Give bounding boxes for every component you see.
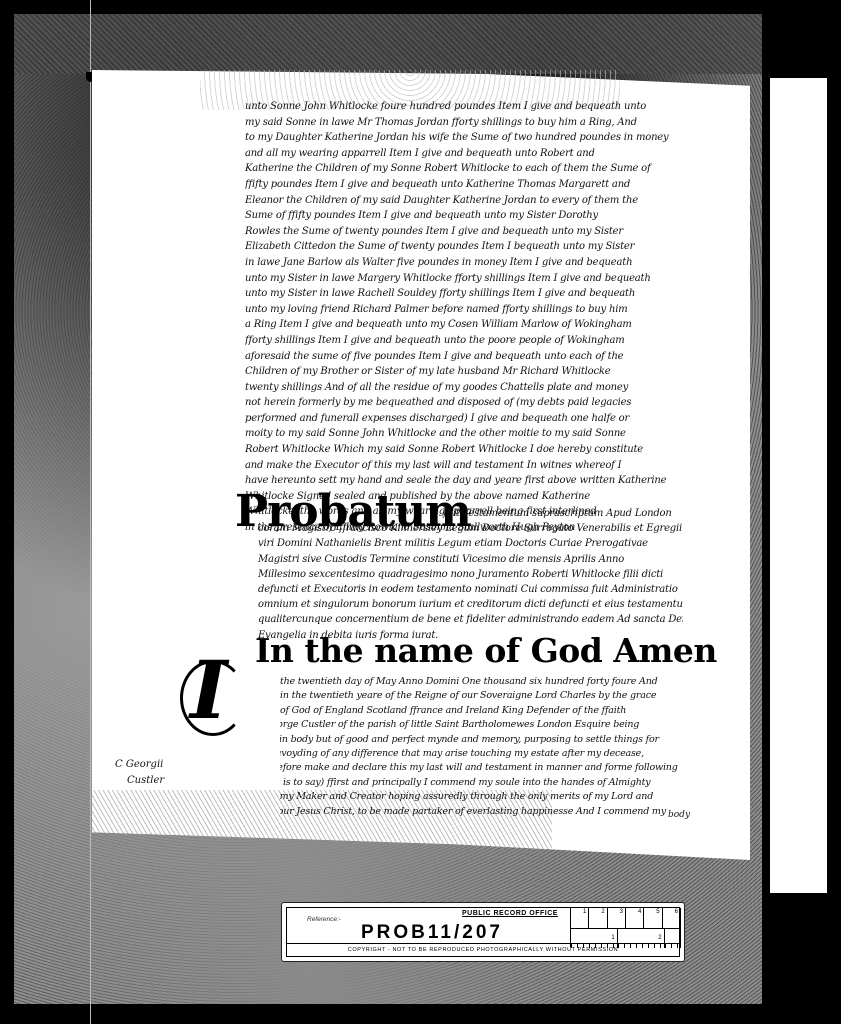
margin-note-line: Custler (115, 773, 164, 789)
reference-label-frame: PUBLIC RECORD OFFICE Reference:- PROB11/… (286, 907, 680, 957)
text-line: qualitercunque concernentium de bene et … (258, 612, 683, 627)
text-line: fuit Testamentum suprascriptum Apud Lond… (258, 506, 683, 521)
catchword: body (668, 810, 690, 820)
text-line: Rowles the Sume of twenty poundes Item I… (245, 224, 685, 240)
text-line: Eleanor the Children of my said Daughter… (245, 193, 685, 209)
reference-label: PUBLIC RECORD OFFICE Reference:- PROB11/… (281, 902, 685, 962)
probate-clause-text: fuit Testamentum suprascriptum Apud Lond… (258, 506, 683, 643)
text-line: to my Daughter Katherine Jordan his wife… (245, 130, 685, 146)
ruler-mark: 5 (644, 908, 662, 928)
text-line: moity to my said Sonne John Whitlocke an… (245, 426, 685, 442)
text-line: Saviour Jesus Christ, to be made partake… (280, 805, 680, 819)
scan-top-shadow (14, 14, 762, 74)
text-line: aforesaid the sume of five poundes Item … (245, 349, 685, 365)
text-line: and all my wearing apparrell Item I give… (245, 146, 685, 162)
margin-note-line: C Georgii (115, 757, 164, 773)
text-line: and make the Executor of this my last wi… (245, 458, 685, 474)
text-line: I George Custler of the parish of little… (280, 718, 680, 732)
film-guide-line (90, 0, 91, 1024)
text-line: the avoyding of any difference that may … (280, 747, 680, 761)
text-line: Magistri sive Custodis Termine constitut… (258, 552, 683, 567)
text-line: sick in body but of good and perfect myn… (280, 733, 680, 747)
reference-code: PROB11/207 (361, 922, 503, 944)
scale-ruler: 1 2 3 4 5 6 1 2 (570, 908, 681, 947)
ruler-mark: 1 (571, 908, 589, 928)
text-line: not herein formerly by me bequeathed and… (245, 395, 685, 411)
second-will-text: the twentieth day of May Anno Domini One… (280, 675, 680, 819)
text-line: a Ring Item I give and bequeath unto my … (245, 317, 685, 333)
text-line: defuncti et Executoris in eodem testamen… (258, 582, 683, 597)
text-line: Robert Whitlocke Which my said Sonne Rob… (245, 442, 685, 458)
text-line: omnium et singulorum bonorum iurium et c… (258, 597, 683, 612)
copyright-notice: COPYRIGHT - NOT TO BE REPRODUCED PHOTOGR… (287, 943, 679, 956)
will-invocation-heading: In the name of God Amen (255, 633, 717, 669)
text-line: coram Magistro ffrancisco Kinnersley Leg… (258, 521, 683, 536)
text-line: my said Sonne in lawe Mr Thomas Jordan f… (245, 115, 685, 131)
text-line: ffifty poundes Item I give and bequeath … (245, 177, 685, 193)
record-office-name: PUBLIC RECORD OFFICE (462, 910, 558, 917)
margin-note: C Georgii Custler (115, 757, 164, 789)
text-line: Sume of ffifty poundes Item I give and b… (245, 208, 685, 224)
will-body-text: unto Sonne John Whitlocke foure hundred … (245, 99, 685, 536)
text-line: viri Domini Nathanielis Brent militis Le… (258, 536, 683, 551)
text-line: unto Sonne John Whitlocke foure hundred … (245, 99, 685, 115)
adjacent-page-edge (770, 78, 827, 893)
reference-caption: Reference:- (307, 916, 341, 923)
text-line: Elizabeth Cittedon the Sume of twenty po… (245, 239, 685, 255)
text-line: of God of England Scotland ffrance and I… (280, 704, 680, 718)
ruler-cm-scale: 1 2 3 4 5 6 (571, 908, 681, 929)
text-line: in lawe Jane Barlow als Walter five poun… (245, 255, 685, 271)
text-line: performed and funerall expenses discharg… (245, 411, 685, 427)
ruler-mark: 4 (626, 908, 644, 928)
text-line: Children of my Brother or Sister of my l… (245, 364, 685, 380)
text-line: God my Maker and Creator hoping assuredl… (280, 790, 680, 804)
text-line: unto my loving friend Richard Palmer bef… (245, 302, 685, 318)
text-line: fforty shillings Item I give and bequeat… (245, 333, 685, 349)
text-line: unto my Sister in lawe Margery Whitlocke… (245, 271, 685, 287)
text-line: the twentieth day of May Anno Domini One… (280, 675, 680, 689)
text-line: (that is to say) ffirst and principally … (280, 776, 680, 790)
ruler-mark: 2 (589, 908, 607, 928)
text-line: Katherine the Children of my Sonne Rober… (245, 161, 685, 177)
ruler-mark: 3 (608, 908, 626, 928)
text-line: Millesimo sexcentesimo quadragesimo nono… (258, 567, 683, 582)
text-line: twenty shillings And of all the residue … (245, 380, 685, 396)
text-line: unto my Sister in lawe Rachell Souldey f… (245, 286, 685, 302)
ruler-mark: 6 (663, 908, 681, 928)
text-line: therefore make and declare this my last … (280, 761, 680, 775)
text-line: in the twentieth yeare of the Reigne of … (280, 689, 680, 703)
